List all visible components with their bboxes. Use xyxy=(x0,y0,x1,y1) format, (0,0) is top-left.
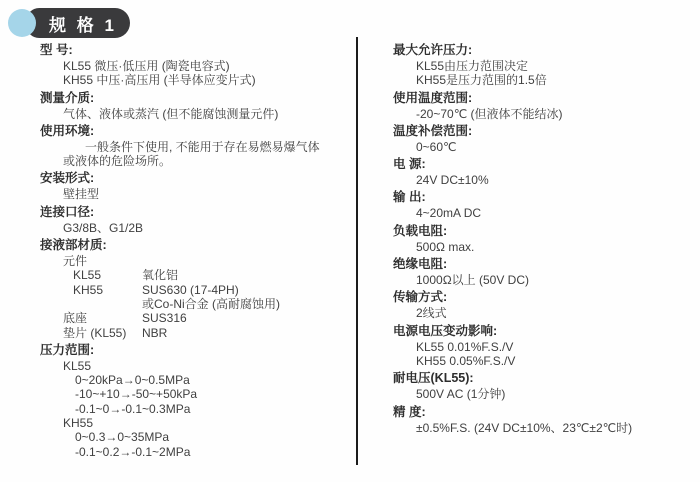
spec-label: 传输方式: xyxy=(393,289,700,306)
spec-line: -0.1~0.2→-0.1~2MPa xyxy=(40,445,348,459)
spec-section-temp-range: 使用温度范围: -20~70℃ (但液体不能结冰) xyxy=(393,90,700,121)
material-value: SUS630 (17-4PH) xyxy=(142,283,348,297)
spec-line: KH55是压力范围的1.5倍 xyxy=(393,73,700,87)
spec-label: 使用环境: xyxy=(40,123,348,140)
spec-line: KH55 0.05%F.S./V xyxy=(393,354,700,368)
spec-section-power: 电 源: 24V DC±10% xyxy=(393,156,700,187)
spec-label: 精 度: xyxy=(393,404,700,421)
spec-document-page: 规 格 1 型 号: KL55 微压·低压用 (陶瓷电容式) KH55 中压·高… xyxy=(0,0,700,482)
material-value: 或Co-Ni合金 (高耐腐蚀用) xyxy=(142,297,348,311)
spec-label: 安装形式: xyxy=(40,170,348,187)
spec-section-output: 输 出: 4~20mA DC xyxy=(393,189,700,220)
spec-label: 压力范围: xyxy=(40,342,348,359)
spec-line: 0~60℃ xyxy=(393,140,700,154)
spec-section-medium: 测量介质: 气体、液体或蒸汽 (但不能腐蚀测量元件) xyxy=(40,90,348,121)
spec-line: 一般条件下使用, 不能用于存在易燃易爆气体 xyxy=(40,140,348,154)
spec-section-connection: 连接口径: G3/8B、G1/2B xyxy=(40,204,348,235)
spec-line: 1000Ω以上 (50V DC) xyxy=(393,273,700,287)
material-value: SUS316 xyxy=(142,311,348,325)
section-header: 规 格 1 xyxy=(0,0,200,48)
spec-section-accuracy: 精 度: ±0.5%F.S. (24V DC±10%、23℃±2℃时) xyxy=(393,404,700,435)
spec-label: 连接口径: xyxy=(40,204,348,221)
spec-section-transmission: 传输方式: 2线式 xyxy=(393,289,700,320)
spec-section-withstand-voltage: 耐电压(KL55): 500V AC (1分钟) xyxy=(393,370,700,401)
material-key: 底座 xyxy=(63,311,142,325)
material-key: 元件 xyxy=(63,254,142,268)
spec-label: 绝缘电阻: xyxy=(393,256,700,273)
column-divider xyxy=(356,37,358,465)
spec-line: 4~20mA DC xyxy=(393,206,700,220)
spec-line: KL55 0.01%F.S./V xyxy=(393,340,700,354)
spec-label: 电源电压变动影响: xyxy=(393,323,700,340)
spec-section-environment: 使用环境: 一般条件下使用, 不能用于存在易燃易爆气体 或液体的危险场所。 xyxy=(40,123,348,169)
spec-line: 2线式 xyxy=(393,306,700,320)
spec-label: 负载电阻: xyxy=(393,223,700,240)
spec-line: 气体、液体或蒸汽 (但不能腐蚀测量元件) xyxy=(40,107,348,121)
spec-section-wetted-materials: 接液部材质: 元件 KL55 氧化铝 KH55 SUS630 (17-4PH) … xyxy=(40,237,348,340)
material-value xyxy=(142,254,348,268)
spec-section-pressure-range: 压力范围: KL55 0~20kPa→0~0.5MPa -10~+10→-50~… xyxy=(40,342,348,459)
section-title-badge: 规 格 1 xyxy=(26,8,130,38)
material-key xyxy=(63,297,142,311)
material-key: KL55 xyxy=(63,268,142,282)
spec-line: 0~0.3→0~35MPa xyxy=(40,430,348,444)
spec-label: 输 出: xyxy=(393,189,700,206)
spec-section-voltage-variation: 电源电压变动影响: KL55 0.01%F.S./V KH55 0.05%F.S… xyxy=(393,323,700,369)
spec-label: 型 号: xyxy=(40,42,348,59)
spec-section-load-resistance: 负载电阻: 500Ω max. xyxy=(393,223,700,254)
spec-line: KL55由压力范围决定 xyxy=(393,59,700,73)
material-row: KL55 氧化铝 xyxy=(40,268,348,282)
spec-line: G3/8B、G1/2B xyxy=(40,221,348,235)
spec-line: KH55 中压·高压用 (半导体应变片式) xyxy=(40,73,348,87)
spec-section-insulation-resistance: 绝缘电阻: 1000Ω以上 (50V DC) xyxy=(393,256,700,287)
material-row: 元件 xyxy=(40,254,348,268)
blue-dot-icon xyxy=(8,9,36,37)
material-row: 底座 SUS316 xyxy=(40,311,348,325)
material-row: KH55 SUS630 (17-4PH) xyxy=(40,283,348,297)
page-title: 规 格 1 xyxy=(39,11,117,36)
spec-line: 或液体的危险场所。 xyxy=(40,154,348,168)
spec-section-model: 型 号: KL55 微压·低压用 (陶瓷电容式) KH55 中压·高压用 (半导… xyxy=(40,42,348,88)
spec-label: 接液部材质: xyxy=(40,237,348,254)
spec-line: -20~70℃ (但液体不能结冰) xyxy=(393,107,700,121)
spec-line: KL55 xyxy=(40,359,348,373)
spec-line: -10~+10→-50~+50kPa xyxy=(40,387,348,401)
spec-label: 温度补偿范围: xyxy=(393,123,700,140)
right-column: 最大允许压力: KL55由压力范围决定 KH55是压力范围的1.5倍 使用温度范… xyxy=(393,42,700,437)
material-key: 垫片 (KL55) xyxy=(63,326,142,340)
spec-line: 24V DC±10% xyxy=(393,173,700,187)
spec-label: 电 源: xyxy=(393,156,700,173)
material-row: 或Co-Ni合金 (高耐腐蚀用) xyxy=(40,297,348,311)
spec-line: KH55 xyxy=(40,416,348,430)
material-value: NBR xyxy=(142,326,348,340)
spec-label: 使用温度范围: xyxy=(393,90,700,107)
spec-section-mounting: 安装形式: 壁挂型 xyxy=(40,170,348,201)
spec-label: 耐电压(KL55): xyxy=(393,370,700,387)
spec-label: 测量介质: xyxy=(40,90,348,107)
material-value: 氧化铝 xyxy=(142,268,348,282)
spec-section-max-pressure: 最大允许压力: KL55由压力范围决定 KH55是压力范围的1.5倍 xyxy=(393,42,700,88)
material-key: KH55 xyxy=(63,283,142,297)
spec-line: 0~20kPa→0~0.5MPa xyxy=(40,373,348,387)
spec-line: KL55 微压·低压用 (陶瓷电容式) xyxy=(40,59,348,73)
spec-line: ±0.5%F.S. (24V DC±10%、23℃±2℃时) xyxy=(393,421,700,435)
spec-label: 最大允许压力: xyxy=(393,42,700,59)
left-column: 型 号: KL55 微压·低压用 (陶瓷电容式) KH55 中压·高压用 (半导… xyxy=(40,42,348,461)
spec-line: 500V AC (1分钟) xyxy=(393,387,700,401)
spec-section-temp-compensation: 温度补偿范围: 0~60℃ xyxy=(393,123,700,154)
spec-line: -0.1~0→-0.1~0.3MPa xyxy=(40,402,348,416)
material-row: 垫片 (KL55) NBR xyxy=(40,326,348,340)
spec-line: 壁挂型 xyxy=(40,187,348,201)
spec-line: 500Ω max. xyxy=(393,240,700,254)
